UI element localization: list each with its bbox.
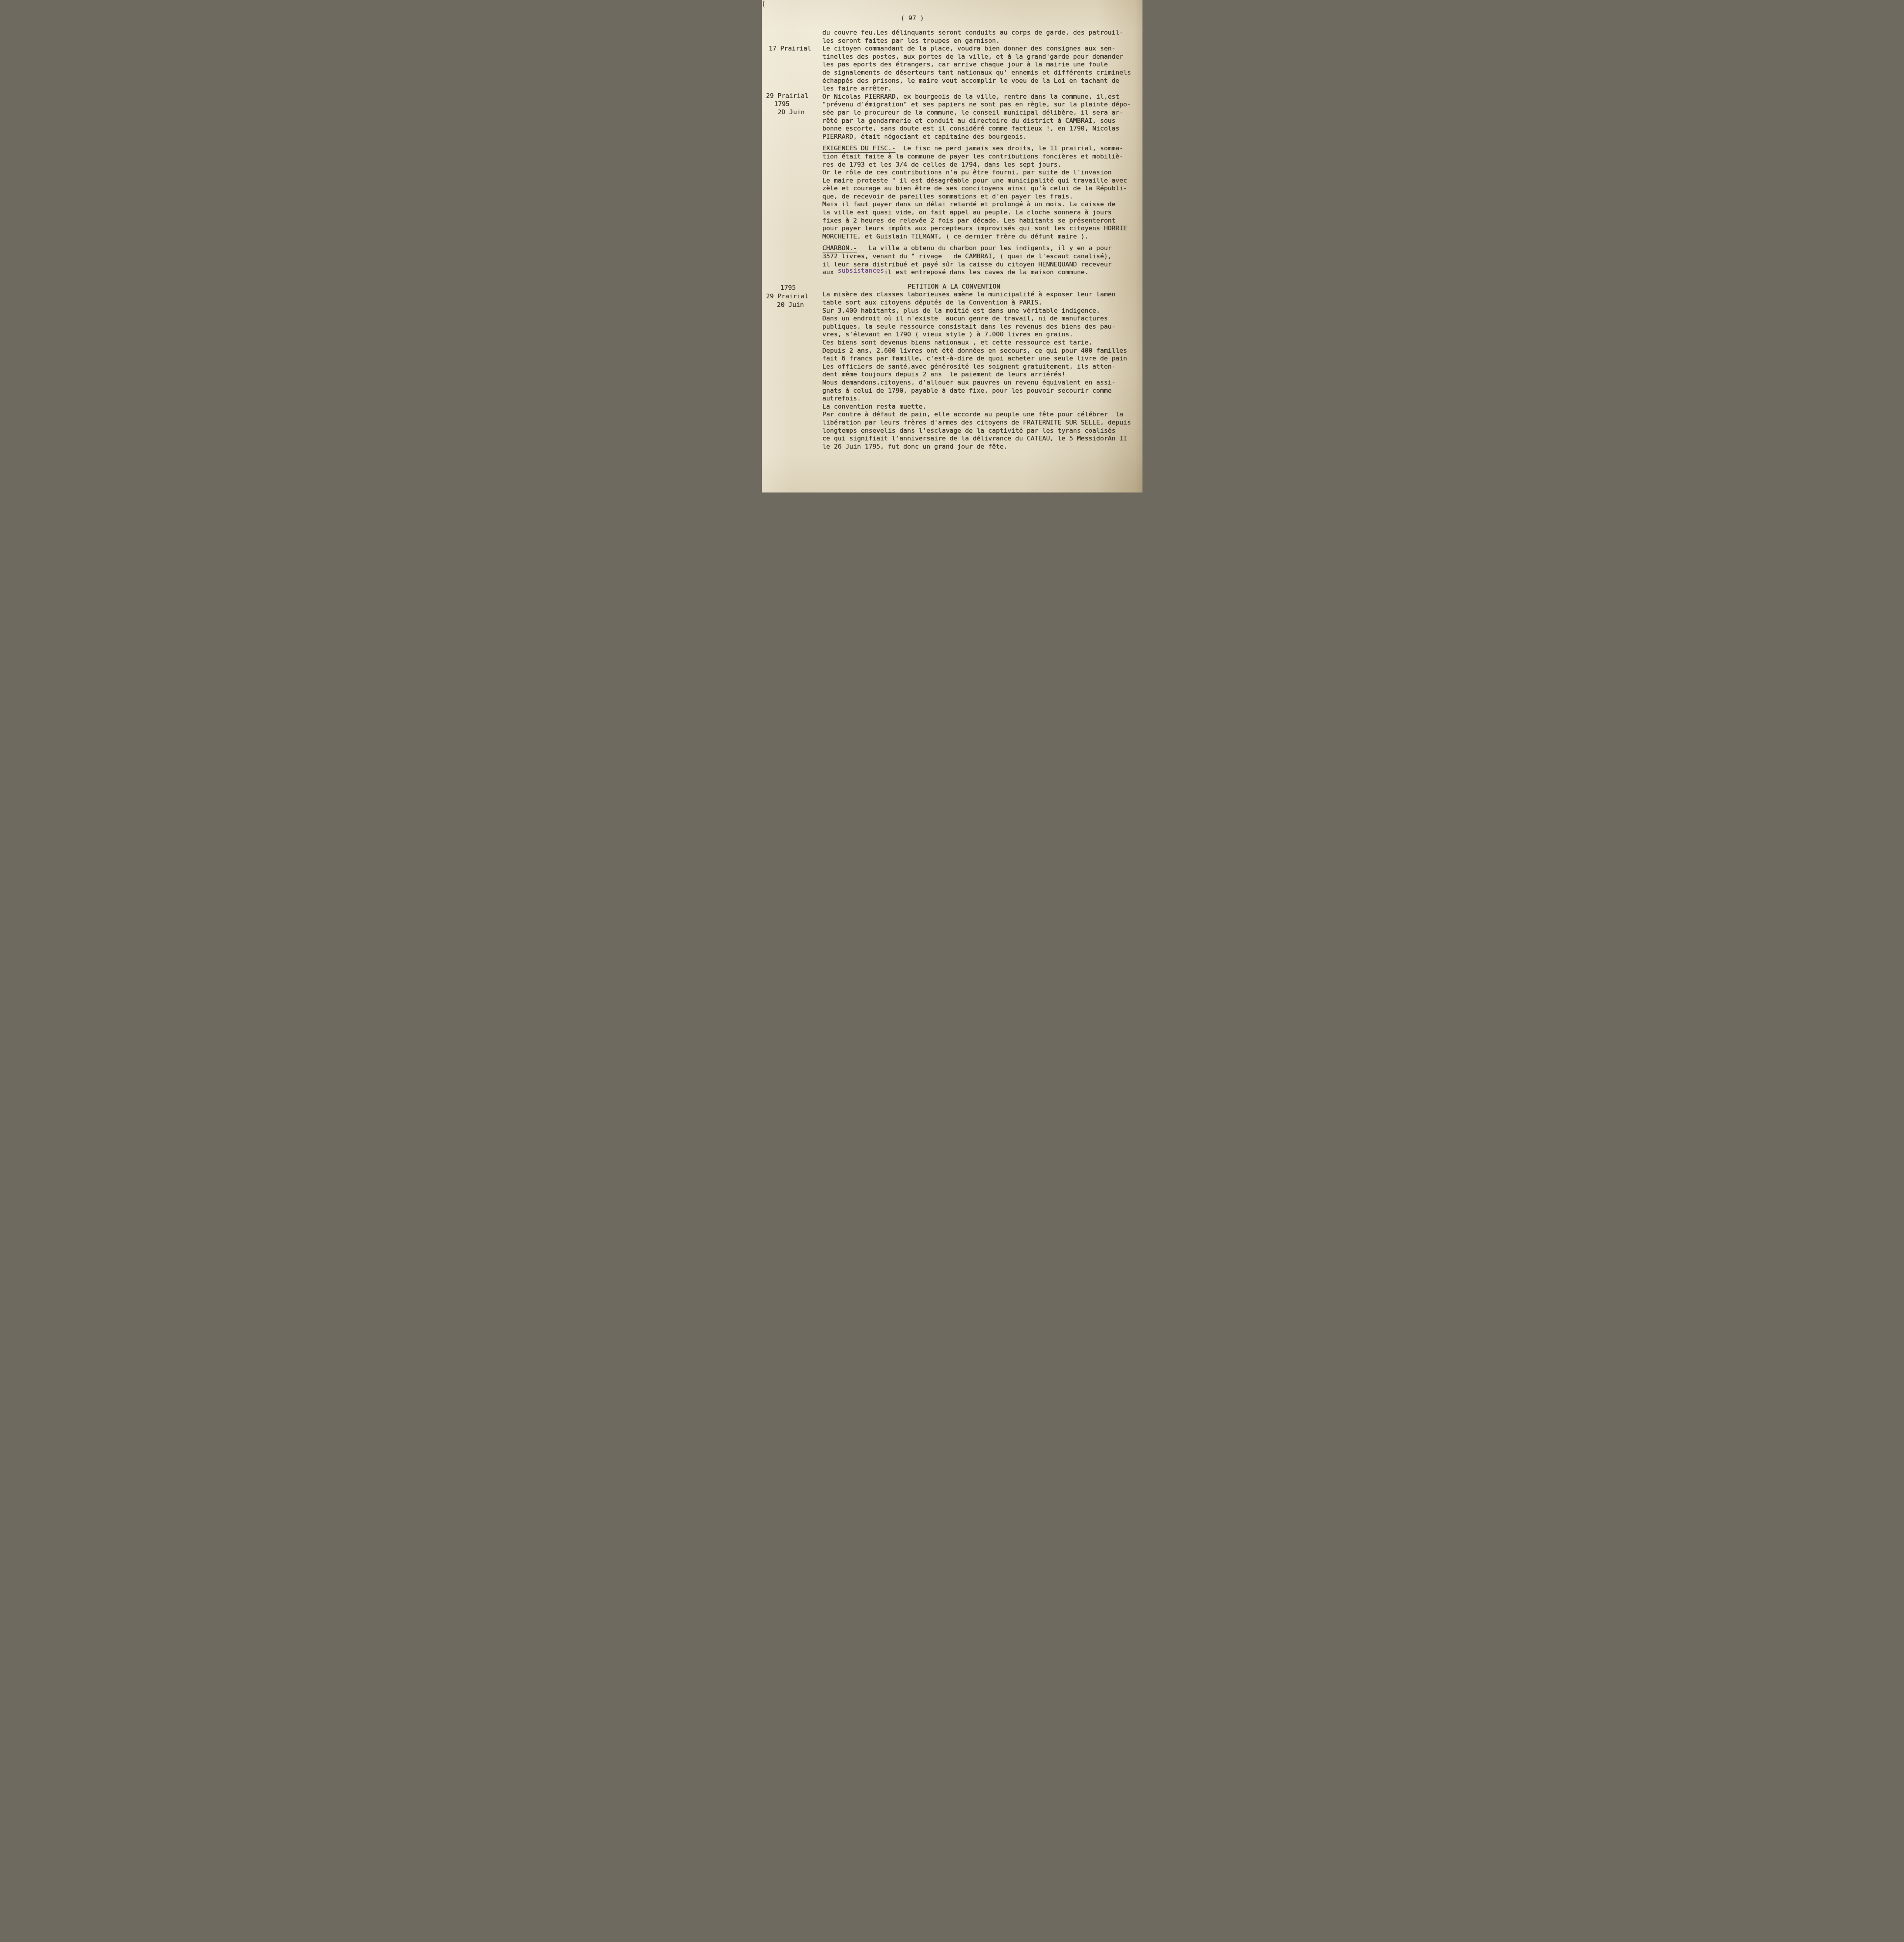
text-line: bonne escorte, sans doute est il considé… — [822, 125, 1141, 133]
text-line: tion était faite à la commune de payer l… — [822, 153, 1141, 161]
text-line: aux subsistancesil est entreposé dans le… — [822, 268, 1141, 277]
text-line: publiques, la seule ressource consistait… — [822, 323, 1141, 331]
text-line: autrefois. — [822, 395, 1141, 403]
document-page: ( 97 ) 17 Prairial 29 Prairial 1795 2D J… — [762, 0, 1142, 492]
text-line: les faire arrêter. — [822, 85, 1141, 93]
margin-note-29-prairial: 29 Prairial — [766, 92, 809, 100]
section-heading-charbon: CHARBON.- — [822, 244, 857, 252]
text-line: pour payer leurs impôts aux percepteurs … — [822, 224, 1141, 233]
text-line: vres, s'élevant en 1790 ( vieux style ) … — [822, 331, 1141, 339]
page-number: ( 97 ) — [901, 14, 924, 23]
text-line: La convention resta muette. — [822, 403, 1141, 411]
text-line: Mais il faut payer dans un délai retardé… — [822, 200, 1141, 209]
text-line: La misère des classes laborieuses amène … — [822, 291, 1141, 299]
text-line: aux — [822, 268, 838, 276]
text-line: libération par leurs frères d'armes des … — [822, 419, 1141, 427]
text-line: rêté par la gendarmerie et conduit au di… — [822, 117, 1141, 125]
text-line: 3572 livres, venant du " rivage de CAMBR… — [822, 252, 1141, 261]
text-line: table sort aux citoyens députés de la Co… — [822, 299, 1141, 307]
margin-note-1795: 1795 — [774, 100, 790, 108]
text-line: ce qui signifiait l'anniversaire de la d… — [822, 435, 1141, 443]
text-line: PIERRARD, était négociant et capitaine d… — [822, 133, 1141, 141]
text-line: Dans un endroit où il n'existe aucun gen… — [822, 315, 1141, 323]
text-line: le 26 Juin 1795, fut donc un grand jour … — [822, 443, 1141, 451]
text-line: Or le rôle de ces contributions n'a pu ê… — [822, 169, 1141, 177]
text-line: Ces biens sont devenus biens nationaux ,… — [822, 339, 1141, 347]
text-line: les seront faites par les troupes en gar… — [822, 37, 1141, 45]
text-line: La ville a obtenu du charbon pour les in… — [857, 244, 1112, 252]
paragraph-gap — [822, 141, 1141, 144]
text-line: que, de recevoir de pareilles sommations… — [822, 193, 1141, 201]
text-line: Or Nicolas PIERRARD, ex bourgeois de la … — [822, 93, 1141, 101]
text-line: CHARBON.- La ville a obtenu du charbon p… — [822, 244, 1141, 252]
margin-note-1795-petition: 1795 — [781, 284, 796, 292]
paragraph-gap — [822, 240, 1141, 244]
body-text: du couvre feu.Les délinquants seront con… — [822, 29, 1141, 451]
text-line: dent même toujours depuis 2 ans le paiem… — [822, 371, 1141, 379]
inserted-word-subsistances: subsistances — [838, 267, 884, 274]
text-line: tinelles des postes, aux portes de la vi… — [822, 53, 1141, 61]
margin-note-20-juin-petition: 20 Juin — [777, 301, 804, 309]
text-line: longtemps ensevelis dans l'esclavage de … — [822, 427, 1141, 435]
petition-title: PETITION A LA CONVENTION — [822, 283, 1141, 291]
text-line: fait 6 francs par famille, c'est-à-dire … — [822, 355, 1141, 363]
text-line: Les officiers de santé,avec générosité l… — [822, 363, 1141, 371]
text-line: MORCHETTE, et Guislain TILMANT, ( ce der… — [822, 233, 1141, 241]
margin-note-2d-juin: 2D Juin — [778, 108, 805, 117]
text-line: du couvre feu.Les délinquants seront con… — [822, 29, 1141, 37]
text-line: la ville est quasi vide, on fait appel a… — [822, 209, 1141, 217]
text-line: zèle et courage au bien être de ses conc… — [822, 184, 1141, 193]
text-line: Le fisc ne perd jamais ses droits, le 11… — [895, 144, 1123, 152]
text-line: Le maire proteste " il est désagréable p… — [822, 177, 1141, 185]
text-line: Sur 3.400 habitants, plus de la moitié e… — [822, 307, 1141, 315]
text-line: res de 1793 et les 3/4 de celles de 1794… — [822, 161, 1141, 169]
text-line: sée par le procureur de la commune, le c… — [822, 109, 1141, 117]
text-line: gnats à celui de 1790, payable à date fi… — [822, 387, 1141, 395]
text-line: fixes à 2 heures de relevée 2 fois par d… — [822, 217, 1141, 225]
margin-note-17-prairial: 17 Prairial — [769, 45, 811, 53]
text-line: EXIGENCES DU FISC.- Le fisc ne perd jama… — [822, 144, 1141, 153]
text-line: Le citoyen commandant de la place, voudr… — [822, 45, 1141, 53]
margin-note-29-prairial-petition: 29 Prairial — [766, 292, 809, 301]
text-line: Par contre à défaut de pain, elle accord… — [822, 411, 1141, 419]
text-line: les pas eports des étrangers, car arrive… — [822, 61, 1141, 69]
text-line: échappés des prisons, le maire veut acco… — [822, 77, 1141, 85]
ink-mark — [762, 0, 767, 8]
text-line: Depuis 2 ans, 2.600 livres ont été donné… — [822, 347, 1141, 355]
text-line: "prévenu d'émigration" et ses papiers ne… — [822, 101, 1141, 109]
text-line: Nous demandons,citoyens, d'allouer aux p… — [822, 379, 1141, 387]
paragraph-gap — [822, 277, 1141, 283]
text-line: il est entreposé dans les caves de la ma… — [884, 268, 1088, 276]
section-heading-exigences: EXIGENCES DU FISC.- — [822, 144, 896, 153]
text-line: de signalements de déserteurs tant natio… — [822, 69, 1141, 77]
